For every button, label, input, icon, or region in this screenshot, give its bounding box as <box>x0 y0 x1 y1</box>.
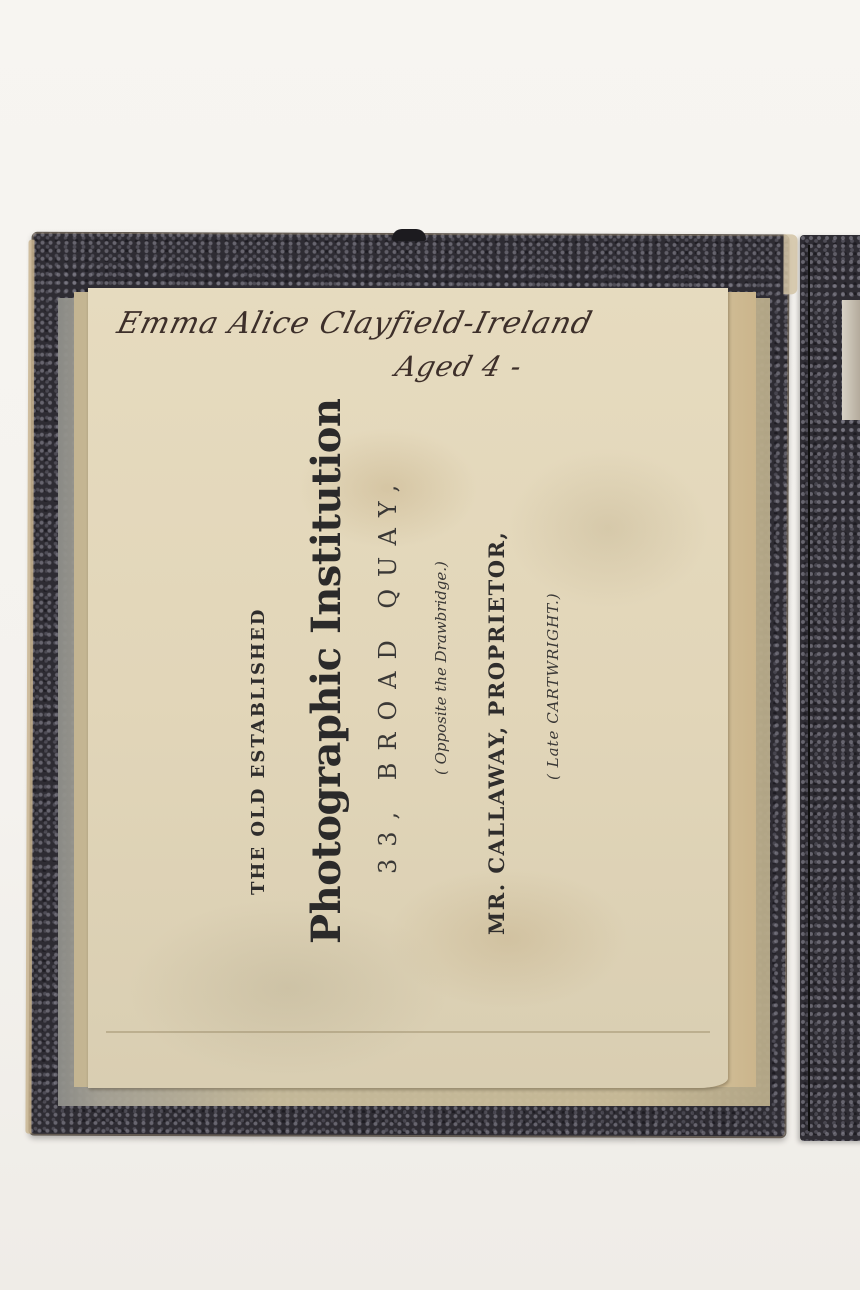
label-institution: Photographic Institution <box>303 399 350 944</box>
handwritten-name: Emma Alice Clayfield-Ireland <box>114 306 597 341</box>
label-proprietor: MR. CALLAWAY, PROPRIETOR, <box>484 531 509 935</box>
second-case-lining <box>842 300 860 420</box>
studio-label-card <box>88 288 728 1088</box>
label-location-note: ( Opposite the Drawbridge.) <box>432 561 450 775</box>
case-clasp <box>392 229 426 241</box>
handwritten-age: Aged 4 - <box>392 350 526 383</box>
photo-scene: Emma Alice Clayfield-Ireland Aged 4 - TH… <box>0 0 860 1290</box>
label-address: 33, BROAD QUAY, <box>374 473 402 874</box>
label-predecessor: ( Late CARTWRIGHT.) <box>544 592 562 780</box>
label-established: THE OLD ESTABLISHED <box>248 608 269 895</box>
